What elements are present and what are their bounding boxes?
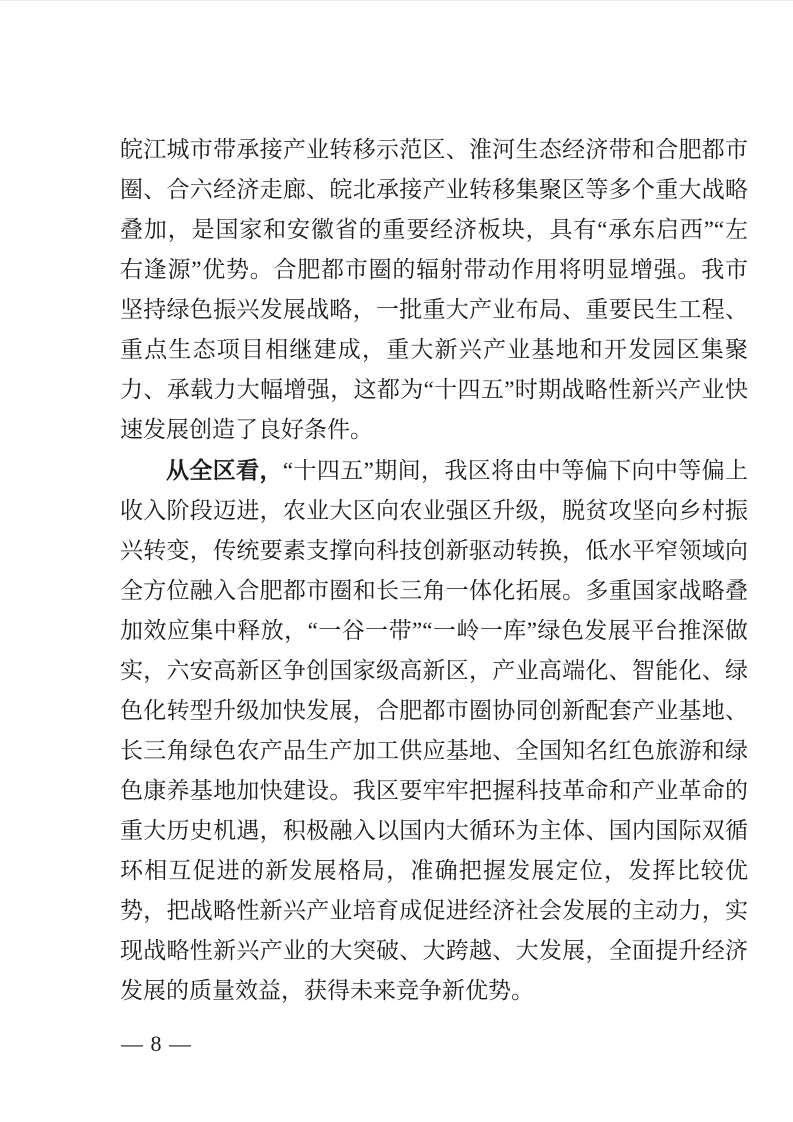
paragraph-continued: 皖江城市带承接产业转移示范区、淮河生态经济带和合肥都市圈、合六经济走廊、皖北承接… [120,130,748,450]
paragraph-district-overview-text: “十四五”期间，我区将由中等偏下向中等偏上收入阶段迈进，农业大区向农业强区升级，… [120,458,748,1003]
document-page: 皖江城市带承接产业转移示范区、淮河生态经济带和合肥都市圈、合六经济走廊、皖北承接… [0,0,793,1122]
document-body: 皖江城市带承接产业转移示范区、淮河生态经济带和合肥都市圈、合六经济走廊、皖北承接… [120,130,748,1011]
paragraph-district-overview: 从全区看，“十四五”期间，我区将由中等偏下向中等偏上收入阶段迈进，农业大区向农业… [120,450,748,1011]
page-number: — 8 — [121,1030,192,1058]
paragraph-continued-text: 皖江城市带承接产业转移示范区、淮河生态经济带和合肥都市圈、合六经济走廊、皖北承接… [120,137,748,442]
paragraph-lead-emphasis: 从全区看， [166,457,283,483]
